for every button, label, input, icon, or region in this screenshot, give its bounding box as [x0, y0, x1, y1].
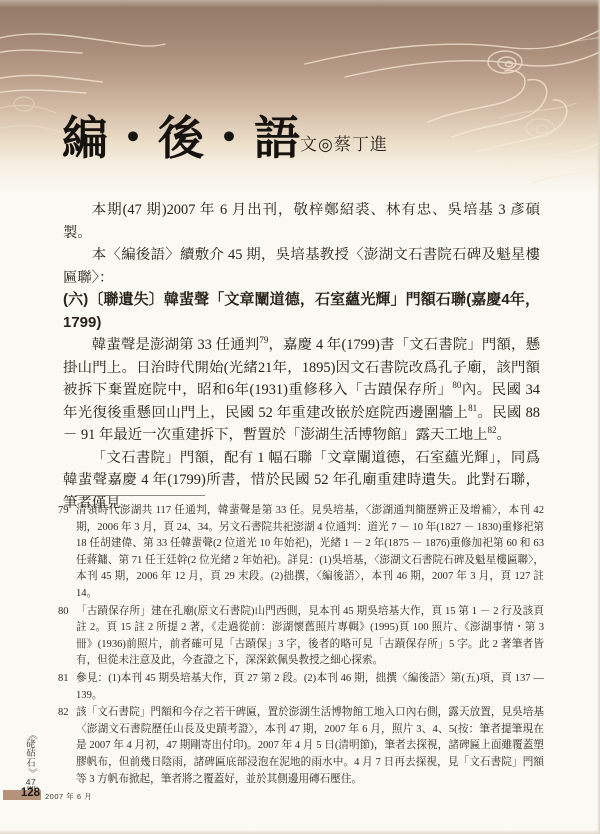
scanned-journal-page: 編・後・語 文◎蔡丁進 本期(47 期)2007 年 6 月出刊，敬梓鄭紹裘、林… — [0, 0, 600, 834]
paragraph: 本〈編後語〉續敷介 45 期，吳培基教授〈澎湖文石書院石碑及魁星樓匾聯〉： — [63, 244, 540, 289]
page-number: 128 — [21, 787, 40, 799]
footnote: 82 該「文石書院」門額和今存之若干碑匾，置於澎湖生活博物館工地入口內右側，露天… — [58, 705, 544, 788]
footnote-reference: 81 — [468, 403, 477, 413]
footnote-reference: 80 — [452, 380, 461, 390]
page-title: 編・後・語 — [62, 102, 302, 168]
footnote-text: 該「文石書院」門額和今存之若干碑匾，置於澎湖生活博物館工地入口內右側，露天放置，… — [76, 707, 544, 784]
page-number-badge: 128 — [3, 790, 41, 800]
footnote: 79 清領時代澎湖共 117 任通判，韓蜚聲是第 33 任。見吳培基，〈澎湖通判… — [58, 503, 544, 603]
footnote-number: 82 — [58, 705, 69, 722]
issue-date: 2007 年 6 月 — [45, 791, 92, 802]
footnote-text: 「古蹟保存所」建在孔廟(原文石書院)山門西側，見本刊 45 期吳培基大作，頁 1… — [76, 606, 544, 667]
paragraph: 韓蜚聲是澎湖第 33 任通判79，嘉慶 4 年(1799)書「文石書院」門額，懸… — [63, 334, 540, 447]
footnote-text: 參見：(1)本刊 45 期吳培基大作，頁 27 第 2 段。(2)本刊 46 期… — [76, 673, 544, 701]
paragraph: (六)〔聯遺失〕韓蜚聲「文章闡道德，石室蘊光輝」門額石聯(嘉慶4年，1799) — [63, 289, 540, 334]
author-credit: 文◎蔡丁進 — [300, 130, 388, 155]
article-body: 本期(47 期)2007 年 6 月出刊，敬梓鄭紹裘、林有忠、吳培基 3 彥碩製… — [63, 199, 540, 514]
footnote-number: 81 — [58, 671, 69, 688]
footnotes-section: 79 清領時代澎湖共 117 任通判，韓蜚聲是第 33 任。見吳培基，〈澎湖通判… — [58, 503, 544, 789]
spine-character: 《 — [26, 727, 36, 743]
footnote-reference: 82 — [488, 425, 497, 435]
footnote-number: 79 — [58, 503, 69, 520]
header-band: 編・後・語 文◎蔡丁進 — [0, 0, 600, 192]
spine-character: 》 — [26, 765, 36, 781]
footnote: 81 參見：(1)本刊 45 期吳培基大作，頁 27 第 2 段。(2)本刊 4… — [58, 671, 544, 704]
footnote: 80 「古蹟保存所」建在孔廟(原文石書院)山門西側，見本刊 45 期吳培基大作，… — [58, 604, 544, 670]
footnote-text: 清領時代澎湖共 117 任通判，韓蜚聲是第 33 任。見吳培基，〈澎湖通判簡歷辨… — [76, 505, 544, 599]
paragraph: 本期(47 期)2007 年 6 月出刊，敬梓鄭紹裘、林有忠、吳培基 3 彥碩製… — [63, 199, 540, 244]
footnote-reference: 79 — [259, 335, 268, 345]
footnote-number: 80 — [58, 604, 69, 621]
footnote-separator — [75, 495, 205, 496]
